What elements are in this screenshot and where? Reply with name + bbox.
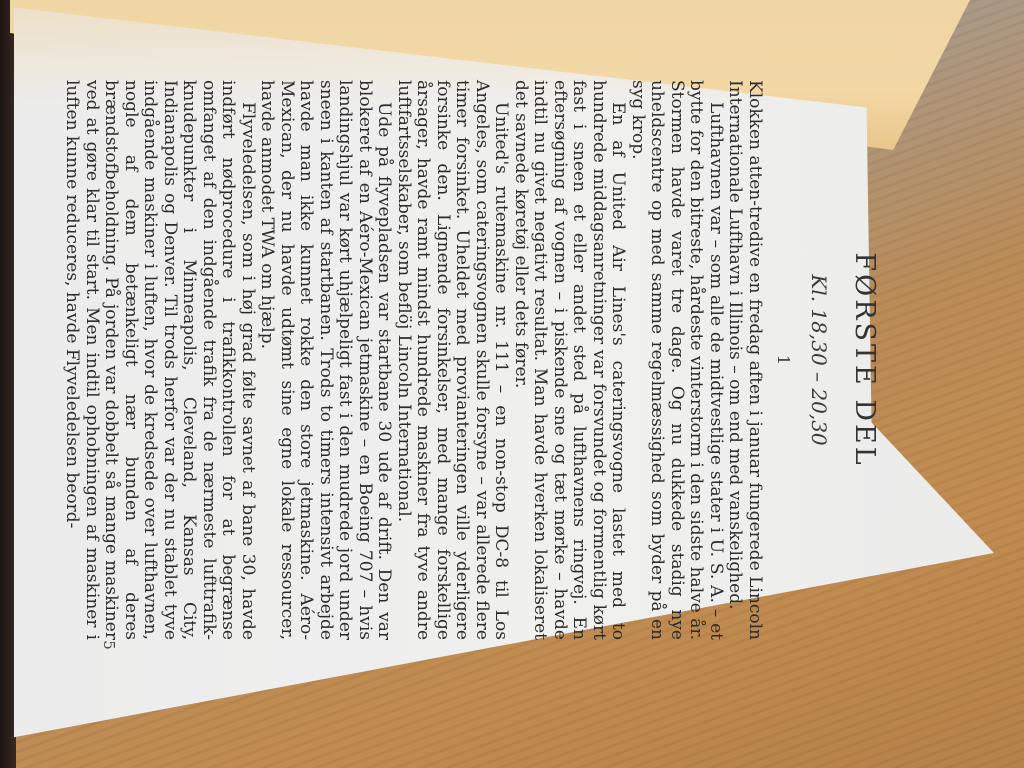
part-title: FØRSTE DEL bbox=[849, 80, 880, 640]
paragraph: Ude på flyvepladsen var startbane 30 ude… bbox=[257, 80, 394, 640]
book-spine-shadow bbox=[0, 0, 16, 768]
paragraph: United's rutemaskine nr. 111 – en non-st… bbox=[394, 80, 511, 640]
paragraph: Klokken atten-tredive en fredag aften i … bbox=[725, 80, 764, 640]
paragraph: En af United Air Lines's cateringsvogne … bbox=[511, 80, 628, 640]
paragraph: Flyveledelsen, som i høj grad følte savn… bbox=[62, 80, 257, 640]
paragraph: Lufthavnen var – som alle de midtvestlig… bbox=[628, 80, 726, 640]
page-number: 5 bbox=[100, 640, 118, 650]
chapter-time-heading: Kl. 18,30 – 20,30 bbox=[807, 80, 831, 640]
chapter-number: 1 bbox=[774, 80, 793, 640]
page-text-block: FØRSTE DEL Kl. 18,30 – 20,30 1 Klokken a… bbox=[120, 80, 880, 640]
